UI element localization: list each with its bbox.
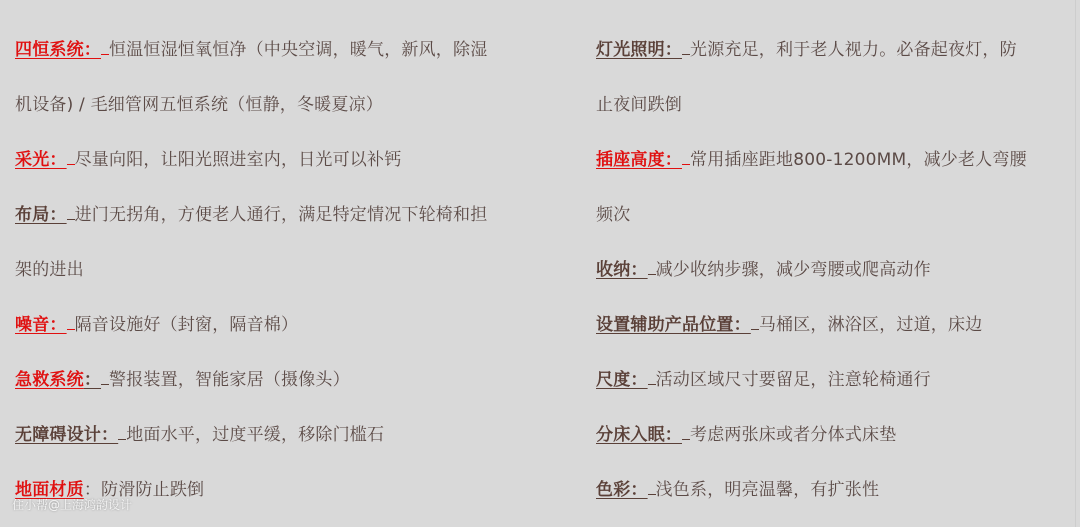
underline-gap	[682, 147, 690, 165]
item-text: 隔音设施好（封窗，隔音棉）	[75, 315, 299, 335]
underline-gap	[67, 147, 75, 165]
term-label: 分床入眠：	[596, 425, 682, 445]
item-text: 考虑两张床或者分体式床垫	[690, 425, 896, 445]
item-text: 常用插座距地800-1200MM，减少老人弯腰	[690, 150, 1027, 170]
term-label: 色彩：	[596, 480, 648, 500]
underline-gap	[648, 477, 656, 495]
term-label: 急救系统	[15, 370, 84, 390]
item-layout: 布局：进门无拐角，方便老人通行，满足特定情况下轮椅和担	[15, 200, 487, 230]
underline-gap	[101, 367, 109, 385]
underline-gap	[682, 422, 690, 440]
item-text: 架的进出	[15, 260, 84, 280]
item-lighting-sun: 采光：尽量向阳，让阳光照进室内，日光可以补钙	[15, 145, 401, 175]
item-continuation: 止夜间跌倒	[596, 90, 682, 120]
item-text: 频次	[596, 205, 630, 225]
term-label: 收纳：	[596, 260, 648, 280]
underline-gap	[682, 37, 690, 55]
item-dimensions: 尺度：活动区域尺寸要留足，注意轮椅通行	[596, 365, 931, 395]
item-lighting: 灯光照明：光源充足，利于老人视力。必备起夜灯，防	[596, 35, 1017, 65]
term-label: 布局：	[15, 205, 67, 225]
term-colon: ：	[84, 370, 101, 390]
term-label: 无障碍设计：	[15, 425, 118, 445]
item-barrier-free: 无障碍设计：地面水平，过度平缓，移除门槛石	[15, 420, 384, 450]
item-text: 尽量向阳，让阳光照进室内，日光可以补钙	[75, 150, 402, 170]
item-text: 恒温恒湿恒氧恒净（中央空调，暖气，新风，除湿	[109, 40, 487, 60]
item-continuation: 机设备) / 毛细管网五恒系统（恒静，冬暖夏凉）	[15, 90, 383, 120]
item-text: 光源充足，利于老人视力。必备起夜灯，防	[690, 40, 1017, 60]
underline-gap	[67, 312, 75, 330]
document-page: 四恒系统：恒温恒湿恒氧恒净（中央空调，暖气，新风，除湿 机设备) / 毛细管网五…	[0, 0, 1080, 527]
item-emergency-system: 急救系统：警报装置，智能家居（摄像头）	[15, 365, 350, 395]
underline-gap	[648, 367, 656, 385]
item-assistive-products: 设置辅助产品位置：马桶区，淋浴区，过道，床边	[596, 310, 982, 340]
term-label: 噪音：	[15, 315, 67, 335]
item-text: 进门无拐角，方便老人通行，满足特定情况下轮椅和担	[75, 205, 488, 225]
term-label: 尺度：	[596, 370, 648, 390]
underline-gap	[751, 312, 759, 330]
page-edge-divider	[1075, 0, 1076, 527]
item-storage: 收纳：减少收纳步骤，减少弯腰或爬高动作	[596, 255, 931, 285]
underline-gap	[67, 202, 75, 220]
item-colors: 色彩：浅色系，明亮温馨，有扩张性	[596, 475, 879, 505]
item-text: 警报装置，智能家居（摄像头）	[109, 370, 350, 390]
item-text: 活动区域尺寸要留足，注意轮椅通行	[656, 370, 931, 390]
item-text: 机设备) / 毛细管网五恒系统（恒静，冬暖夏凉）	[15, 95, 383, 115]
underline-gap	[101, 37, 109, 55]
item-text: 地面水平，过度平缓，移除门槛石	[126, 425, 384, 445]
item-text: 减少收纳步骤，减少弯腰或爬高动作	[656, 260, 931, 280]
item-four-constant-system: 四恒系统：恒温恒湿恒氧恒净（中央空调，暖气，新风，除湿	[15, 35, 487, 65]
term-label: 插座高度：	[596, 150, 682, 170]
watermark: 住小帮@上海鸿韵设计	[12, 496, 132, 513]
term-label: 四恒系统：	[15, 40, 101, 60]
item-socket-height: 插座高度：常用插座距地800-1200MM，减少老人弯腰	[596, 145, 1027, 175]
item-continuation: 频次	[596, 200, 630, 230]
underline-gap	[648, 257, 656, 275]
item-continuation: 架的进出	[15, 255, 84, 285]
term-label: 采光：	[15, 150, 67, 170]
term-label: 设置辅助产品位置：	[596, 315, 751, 335]
underline-gap	[118, 422, 126, 440]
item-separate-beds: 分床入眠：考虑两张床或者分体式床垫	[596, 420, 896, 450]
term-label: 灯光照明：	[596, 40, 682, 60]
item-text: 马桶区，淋浴区，过道，床边	[759, 315, 983, 335]
item-text: 止夜间跌倒	[596, 95, 682, 115]
item-noise: 噪音：隔音设施好（封窗，隔音棉）	[15, 310, 298, 340]
item-text: 浅色系，明亮温馨，有扩张性	[656, 480, 880, 500]
